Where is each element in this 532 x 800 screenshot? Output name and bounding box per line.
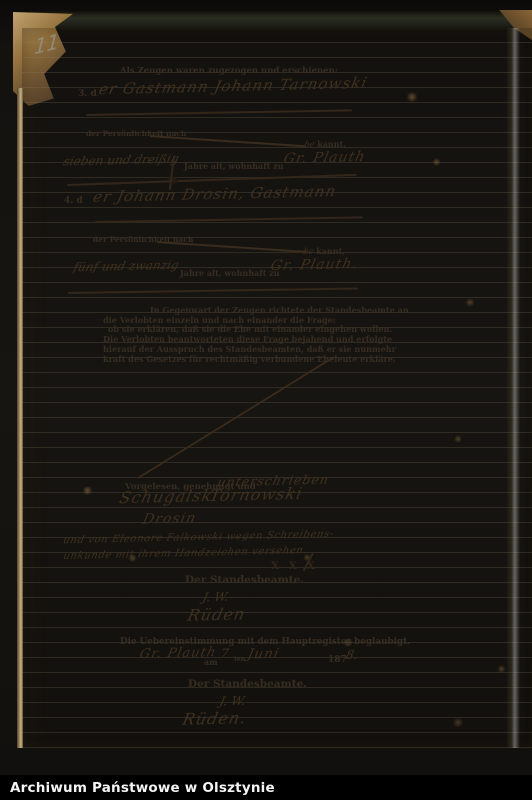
archive-caption-bar: Archiwum Państwowe w Olsztynie bbox=[0, 775, 532, 800]
foxing-spot bbox=[82, 486, 93, 495]
witness3-known: be kannt, bbox=[304, 139, 346, 150]
foxing-spot bbox=[406, 92, 418, 102]
signature-first: Schugalski bbox=[118, 486, 221, 507]
foxing-spot bbox=[497, 665, 506, 673]
ink-rule bbox=[86, 109, 352, 116]
witness3-name-handwriting: er Gastmann Johann Tarnowski bbox=[97, 74, 369, 99]
mark-note-line1: und von Eleonore Falkowski wegen Schreib… bbox=[62, 529, 335, 547]
photo-background: 11 Als Zeugen waren zugezogen und erschi… bbox=[0, 0, 532, 800]
witness4-known-hand: be bbox=[302, 247, 315, 257]
cert-ordinal-label: ten bbox=[234, 656, 245, 663]
foxing-spot bbox=[454, 435, 462, 443]
foxing-spot bbox=[465, 298, 475, 307]
registrar-heading: Der Standesbeamte. bbox=[185, 574, 304, 586]
archive-name-label: Archiwum Państwowe w Olsztynie bbox=[10, 780, 275, 796]
witness4-age-handwriting: fünf und zwanzig bbox=[72, 258, 180, 275]
signature-third: Drosin bbox=[141, 510, 198, 527]
cert-month-handwriting: Juni bbox=[246, 646, 281, 663]
register-page: 11 Als Zeugen waren zugezogen und erschi… bbox=[22, 28, 532, 748]
witness3-residence-handwriting: Gr. Plauth bbox=[282, 149, 367, 167]
page-fold-crease bbox=[506, 28, 520, 748]
witness3-number: 3. d bbox=[78, 89, 97, 99]
registrar-initials: J. W. bbox=[201, 590, 230, 605]
witness4-known-print: kannt, bbox=[316, 246, 345, 256]
witness4-name-handwriting: er Johann Drosin, Gastmann bbox=[91, 182, 338, 206]
declaration-line: kraft des Gesetzes für rechtmäßig verbun… bbox=[103, 355, 371, 365]
witness3-known-print: kannt, bbox=[317, 139, 346, 149]
witness4-age-residence-label: Jahre alt, wohnhaft zu bbox=[180, 268, 280, 278]
ink-rule bbox=[95, 216, 363, 223]
declaration-paragraph: In Gegenwart der Zeugen richtete der Sta… bbox=[103, 306, 371, 364]
ink-rule bbox=[68, 287, 358, 294]
cert-am-label: am bbox=[204, 657, 218, 667]
registrar-initials2: J. W. bbox=[218, 694, 247, 709]
witness3-known-hand: be bbox=[303, 140, 316, 150]
pencil-page-number: 11 bbox=[33, 28, 59, 59]
witness4-residence-handwriting: Gr. Plauth. bbox=[269, 256, 360, 274]
cert-year-handwriting: 8. bbox=[344, 647, 359, 662]
foxing-spot bbox=[452, 718, 464, 727]
ink-fill-line bbox=[150, 135, 306, 147]
registrar-heading2: Der Standesbeamte. bbox=[188, 678, 307, 690]
registrar-signature: Rüden bbox=[186, 604, 248, 624]
handmarks-xxx: X X X bbox=[271, 560, 318, 572]
foxing-spot bbox=[432, 158, 441, 166]
witness4-known: be kannt, bbox=[303, 246, 345, 257]
registrar-signature2: Rüden. bbox=[181, 708, 249, 729]
witness3-age-handwriting: sieben und dreißig bbox=[62, 152, 180, 169]
signature-second: Tornowski bbox=[208, 484, 305, 505]
witness4-number: 4. d bbox=[64, 196, 83, 206]
book-bottom-edge bbox=[26, 746, 532, 775]
ink-fill-line bbox=[157, 241, 307, 252]
cert-day-handwriting: 7 bbox=[218, 647, 230, 662]
witness3-age-residence-label: Jahre alt, wohnhaft zu bbox=[184, 161, 284, 171]
